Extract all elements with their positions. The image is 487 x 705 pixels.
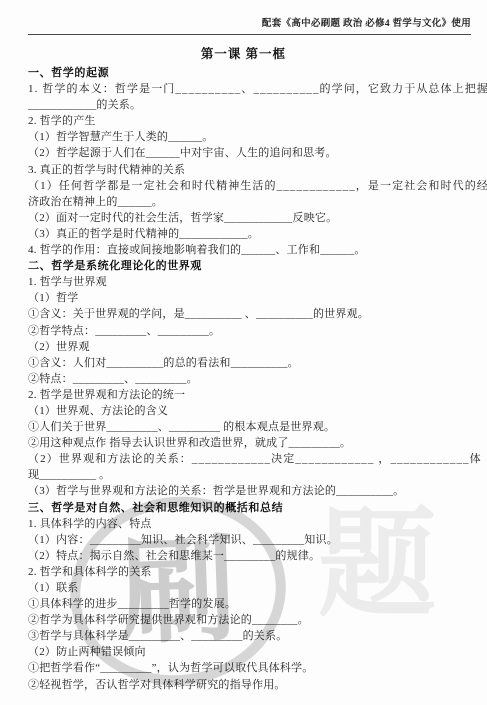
section-heading: 一、哲学的起源 xyxy=(28,65,471,81)
page-header: 配套《高中必刷题 政治 必修4 哲学与文化》使用 xyxy=(28,13,471,35)
companion-book-note: 配套《高中必刷题 政治 必修4 哲学与文化》使用 xyxy=(262,19,471,29)
worksheet-line: ①把哲学看作“_________”，认为哲学可以取代具体科学。 xyxy=(28,660,471,676)
worksheet-line: （1）哲学智慧产生于人类的______。 xyxy=(28,129,471,145)
worksheet-line: ②用这种观点作 指导去认识世界和改造世界，就成了_________。 xyxy=(28,435,471,451)
worksheet-line: ②哲学为具体科学研究提供世界观和方法论的________。 xyxy=(28,612,471,628)
worksheet-line: 1. 具体科学的内容、特点 xyxy=(28,516,471,532)
worksheet-line: ②轻视哲学，否认哲学对具体科学研究的指导作用。 xyxy=(28,677,471,693)
worksheet-line: 3. 真正的哲学与时代精神的关系 xyxy=(28,162,471,178)
worksheet-line: ①人们关于世界_________、_________ 的根本观点是世界观。 xyxy=(28,419,471,435)
section-heading: 二、哲学是系统化理论化的世界观 xyxy=(28,258,471,274)
worksheet-line: 济政治在精神上的______。 xyxy=(28,194,471,210)
worksheet-line: （1）联系 xyxy=(28,580,471,596)
worksheet-line: （1）任何哲学都是一定社会和时代精神生活的____________，是一定社会和… xyxy=(28,178,471,194)
worksheet-line: 2. 哲学和具体科学的关系 xyxy=(28,564,471,580)
worksheet-line: 1. 哲学的本义：哲学是一门__________、__________的学问，它… xyxy=(28,81,471,97)
worksheet-line: ③哲学与具体科学是_________、_________的关系。 xyxy=(28,628,471,644)
worksheet-line: ①含义：人们对__________的总的看法和__________。 xyxy=(28,355,471,371)
worksheet-line: 1. 哲学与世界观 xyxy=(28,274,471,290)
worksheet-line: （1）世界观、方法论的含义 xyxy=(28,403,471,419)
worksheet-line: （2）世界观和方法论的关系：____________决定____________… xyxy=(28,451,471,467)
worksheet-line: 现__________ 。 xyxy=(28,467,471,483)
worksheet-line: （2）防止两种错误倾向 xyxy=(28,644,471,660)
worksheet-line: 2. 哲学是世界观和方法论的统一 xyxy=(28,387,471,403)
worksheet-line: ②特点：_________、_________。 xyxy=(28,371,471,387)
worksheet-line: （3）哲学与世界观和方法论的关系：哲学是世界观和方法论的__________。 xyxy=(28,483,471,499)
lesson-title: 第一课 第一框 xyxy=(0,44,487,62)
worksheet-line: （1）哲学 xyxy=(28,290,471,306)
worksheet-line: ①含义：关于世界观的学问，是__________ 、__________的世界观… xyxy=(28,306,471,322)
worksheet-body: 一、哲学的起源1. 哲学的本义：哲学是一门__________、________… xyxy=(28,65,471,693)
worksheet-line: ____________的关系。 xyxy=(28,97,471,113)
worksheet-line: （2）世界观 xyxy=(28,339,471,355)
worksheet-page: 刷 题 配套《高中必刷题 政治 必修4 哲学与文化》使用 第一课 第一框 一、哲… xyxy=(0,0,487,705)
section-heading: 三、哲学是对自然、社会和思维知识的概括和总结 xyxy=(28,500,471,516)
worksheet-line: （2）哲学起源于人们在______中对宇宙、人生的追问和思考。 xyxy=(28,145,471,161)
worksheet-line: （2）特点：揭示自然、社会和思维某一_________的规律。 xyxy=(28,548,471,564)
worksheet-line: （2）面对一定时代的社会生活，哲学家____________反映它。 xyxy=(28,210,471,226)
worksheet-line: （3）真正的哲学是时代精神的____________。 xyxy=(28,226,471,242)
worksheet-line: 2. 哲学的产生 xyxy=(28,113,471,129)
worksheet-line: ②哲学特点：_________、_________。 xyxy=(28,323,471,339)
worksheet-line: ①具体科学的进步_________哲学的发展。 xyxy=(28,596,471,612)
worksheet-line: （1）内容：_________知识、社会科学知识、_________知识。 xyxy=(28,532,471,548)
worksheet-line: 4. 哲学的作用：直接或间接地影响着我们的______、工作和______。 xyxy=(28,242,471,258)
